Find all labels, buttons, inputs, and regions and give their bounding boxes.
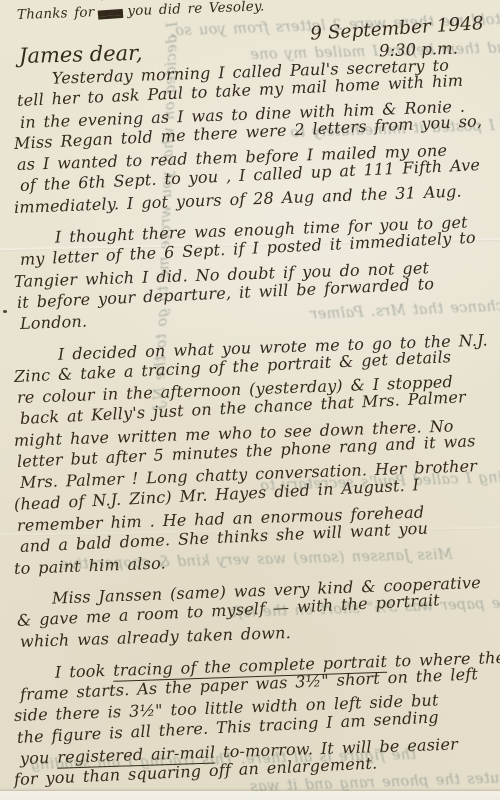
thanks-post: you did re Vesoley. <box>127 0 265 19</box>
paragraph: I thought there was enough time for you … <box>14 228 498 334</box>
line-segment: London. <box>20 312 88 333</box>
letter-body: Yesterday morning I called Paul's secret… <box>14 69 498 800</box>
paper-bottom-edge <box>0 791 500 800</box>
paragraph: I took tracing of the complete portrait … <box>14 663 498 791</box>
scribbled-out-word: all <box>98 3 124 20</box>
line-segment: I took <box>55 661 114 682</box>
letter-page: Miss Regan told me there were 2 letters … <box>0 0 500 800</box>
paragraph: Miss Janssen (same) was very kind & coop… <box>14 589 498 653</box>
salutation: James dear, <box>19 41 143 68</box>
thanks-note-line: Thanks forallyou did re Vesoley. <box>17 0 265 23</box>
thanks-pre: Thanks for <box>17 4 95 23</box>
paragraph: Yesterday morning I called Paul's secret… <box>14 69 498 218</box>
strike-scribble <box>98 12 123 17</box>
inserted-word: all <box>100 0 116 3</box>
line-segment: to paint him also. <box>14 553 167 578</box>
line-segment: you <box>20 748 58 768</box>
ink-spot <box>3 310 7 313</box>
paragraph: I decided on what you wrote me to go to … <box>14 345 498 579</box>
